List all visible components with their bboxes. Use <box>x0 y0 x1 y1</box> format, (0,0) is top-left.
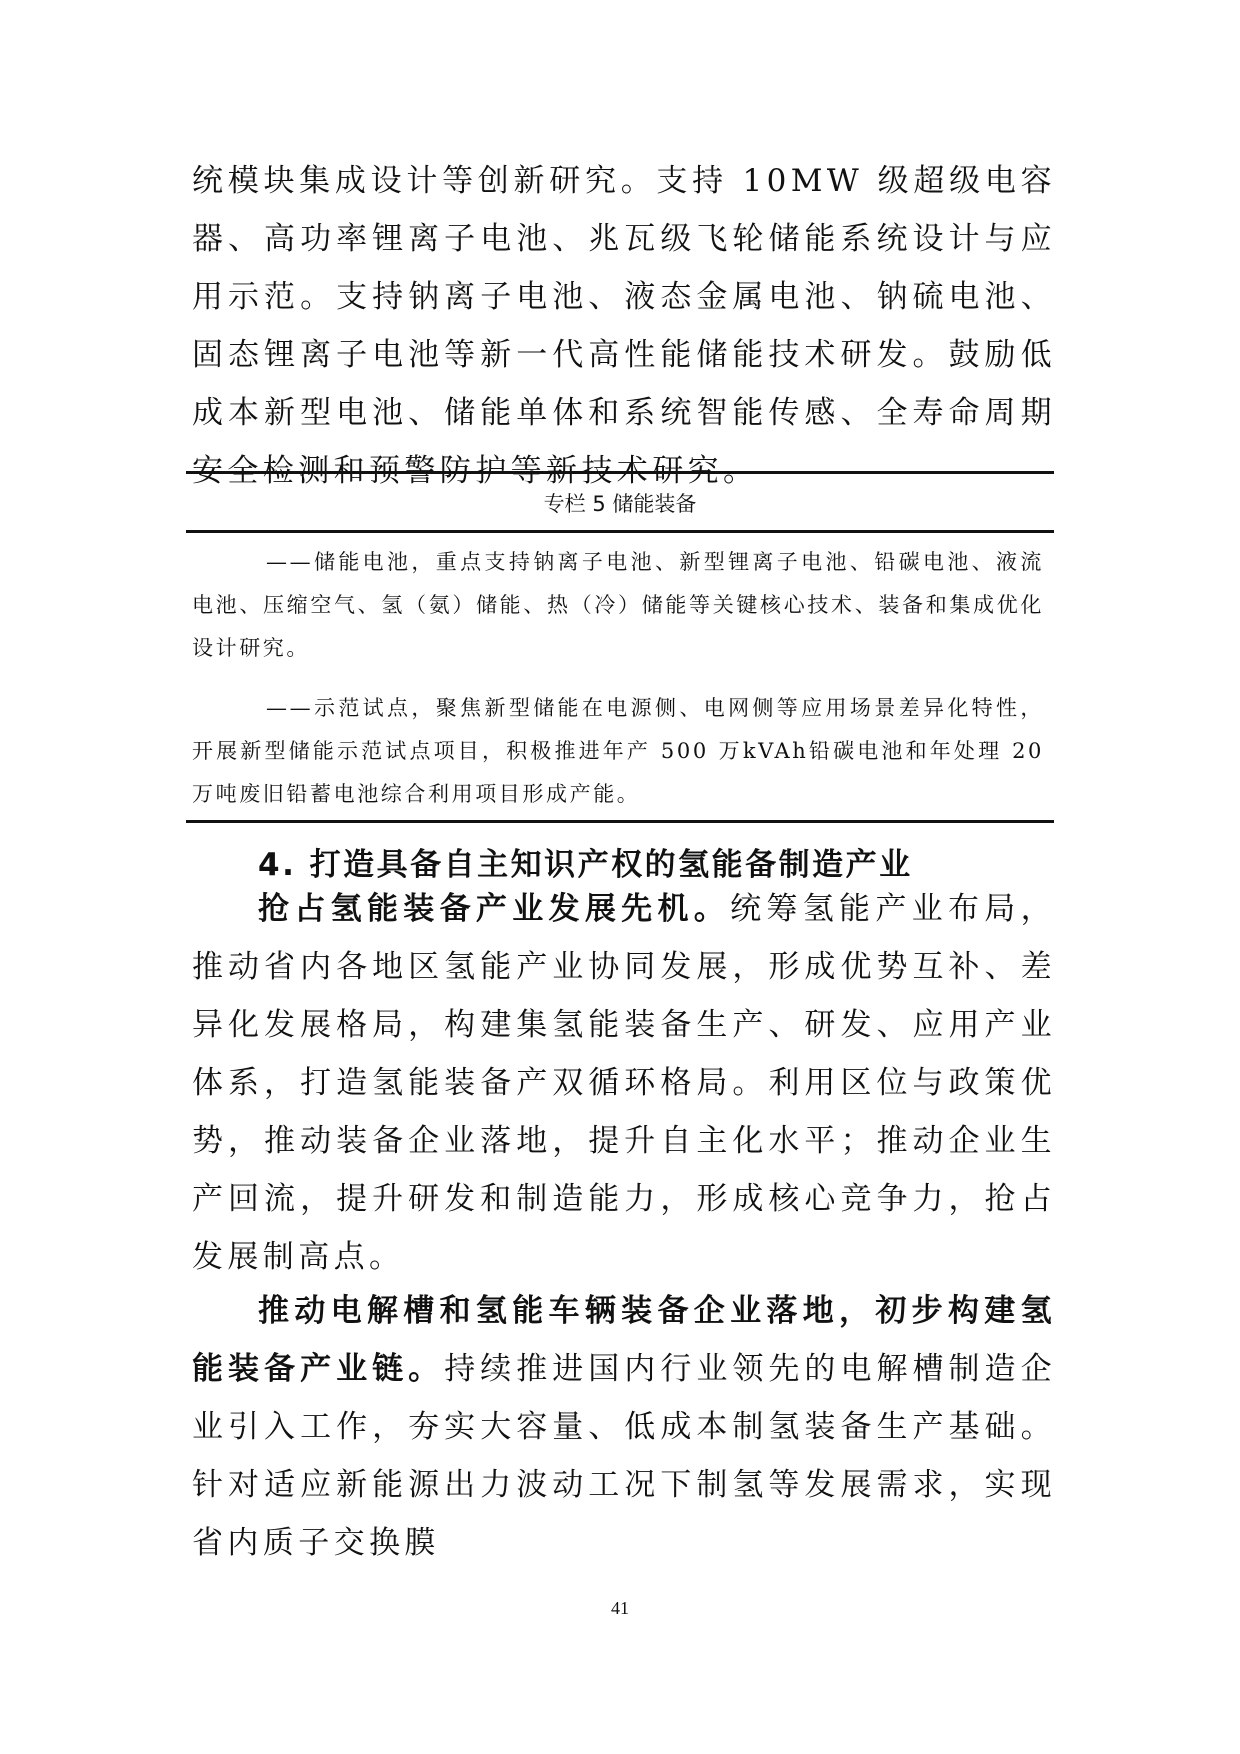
page-number: 41 <box>0 1598 1240 1619</box>
paragraph-lead: 抢占氢能装备产业发展先机。 <box>258 891 730 927</box>
paragraph-body: 统筹氢能产业布局，推动省内各地区氢能产业协同发展，形成优势互补、差异化发展格局，… <box>192 891 1056 1275</box>
document-page: 统模块集成设计等创新研究。支持 10MW 级超级电容器、高功率锂离子电池、兆瓦级… <box>0 0 1240 1754</box>
box-title-rule <box>186 530 1054 533</box>
intro-paragraph: 统模块集成设计等创新研究。支持 10MW 级超级电容器、高功率锂离子电池、兆瓦级… <box>192 152 1056 500</box>
paragraph-electrolyzer: 推动电解槽和氢能车辆装备企业落地，初步构建氢能装备产业链。持续推进国内行业领先的… <box>192 1282 1056 1572</box>
box-title: 专栏 5 储能装备 <box>186 488 1054 520</box>
box-item-demonstration-pilot: ——示范试点，聚焦新型储能在电源侧、电网侧等应用场景差异化特性，开展新型储能示范… <box>192 687 1044 816</box>
paragraph-hydrogen-equipment: 抢占氢能装备产业发展先机。统筹氢能产业布局，推动省内各地区氢能产业协同发展，形成… <box>192 880 1056 1286</box>
box-top-rule <box>186 471 1054 474</box>
box-item-energy-storage-battery: ——储能电池，重点支持钠离子电池、新型锂离子电池、铅碳电池、液流电池、压缩空气、… <box>192 541 1044 670</box>
box-bottom-rule <box>186 820 1054 823</box>
